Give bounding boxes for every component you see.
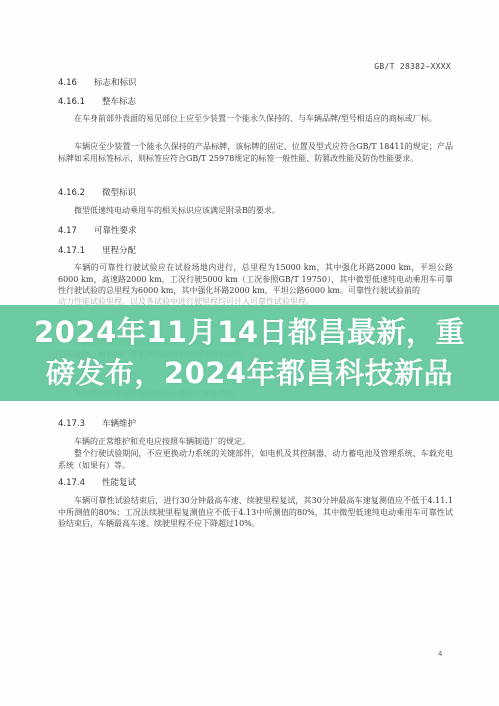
title-banner-text: 2024年11月14日都昌最新，重 磅发布，2024年都昌科技新品 <box>0 305 499 401</box>
section-number: 4.17.1 <box>58 246 102 256</box>
section-number: 4.16.2 <box>58 188 102 198</box>
section-number: 4.16.1 <box>58 97 102 107</box>
section-title: 可靠性要求 <box>94 226 137 236</box>
section-heading-4-17-4: 4.17.4性能复试 <box>58 476 136 488</box>
banner-title-line-2: 磅发布，2024年都昌科技新品 <box>46 353 453 394</box>
section-number: 4.17.4 <box>58 478 102 488</box>
section-heading-4-16: 4.16标志和标识 <box>58 76 137 88</box>
section-number: 4.16 <box>58 78 94 88</box>
paragraph-4-16-1-nameplate: 车辆应至少装置一个能永久保持的产品标牌，该标牌的固定、位置及型式应符合GB/T … <box>58 141 453 164</box>
section-heading-4-16-2: 4.16.2微型标识 <box>58 186 136 198</box>
paragraph-4-16-2: 微型低速纯电动乘用车的相关标识应该满足附录B的要求。 <box>58 205 453 217</box>
page-number: 4 <box>438 650 442 658</box>
paragraph-4-16-1-trademark: 在车身前部外表面的易见部位上应至少装置一个能永久保持的、与车辆品牌/型号相适应的… <box>58 113 453 125</box>
section-heading-4-17-3: 4.17.3车辆维护 <box>58 417 136 429</box>
section-title: 标志和标识 <box>94 78 137 88</box>
section-title: 整车标志 <box>102 97 136 107</box>
section-title: 车辆维护 <box>102 419 136 429</box>
section-title: 性能复试 <box>102 478 136 488</box>
paragraph-4-17-1: 车辆的可靠性行驶试验应在试验场地内进行，总里程为15000 km，其中强化坏路2… <box>58 262 453 297</box>
banner-title-line-1: 2024年11月14日都昌最新，重 <box>34 312 465 353</box>
section-title: 微型标识 <box>102 188 136 198</box>
section-title: 里程分配 <box>102 246 136 256</box>
paragraph-4-17-4: 车辆可靠性试验结束后，进行30分钟最高车速、续驶里程复试，其30分钟最高车速复测… <box>58 495 453 530</box>
section-number: 4.17 <box>58 226 94 236</box>
standard-code: GB/T 28382—XXXX <box>374 62 451 71</box>
section-number: 4.17.3 <box>58 419 102 429</box>
section-heading-4-17: 4.17可靠性要求 <box>58 224 137 236</box>
section-heading-4-17-1: 4.17.1里程分配 <box>58 244 136 256</box>
paragraph-4-17-3-maintenance: 车辆的正常维护和充电应按照车辆制造厂的规定。 <box>58 436 453 448</box>
paragraph-4-17-3-components: 整个行驶试验期间，不应更换动力系统的关键部件，如电机及其控制器、动力蓄电池及管理… <box>58 448 453 471</box>
section-heading-4-16-1: 4.16.1整车标志 <box>58 95 136 107</box>
